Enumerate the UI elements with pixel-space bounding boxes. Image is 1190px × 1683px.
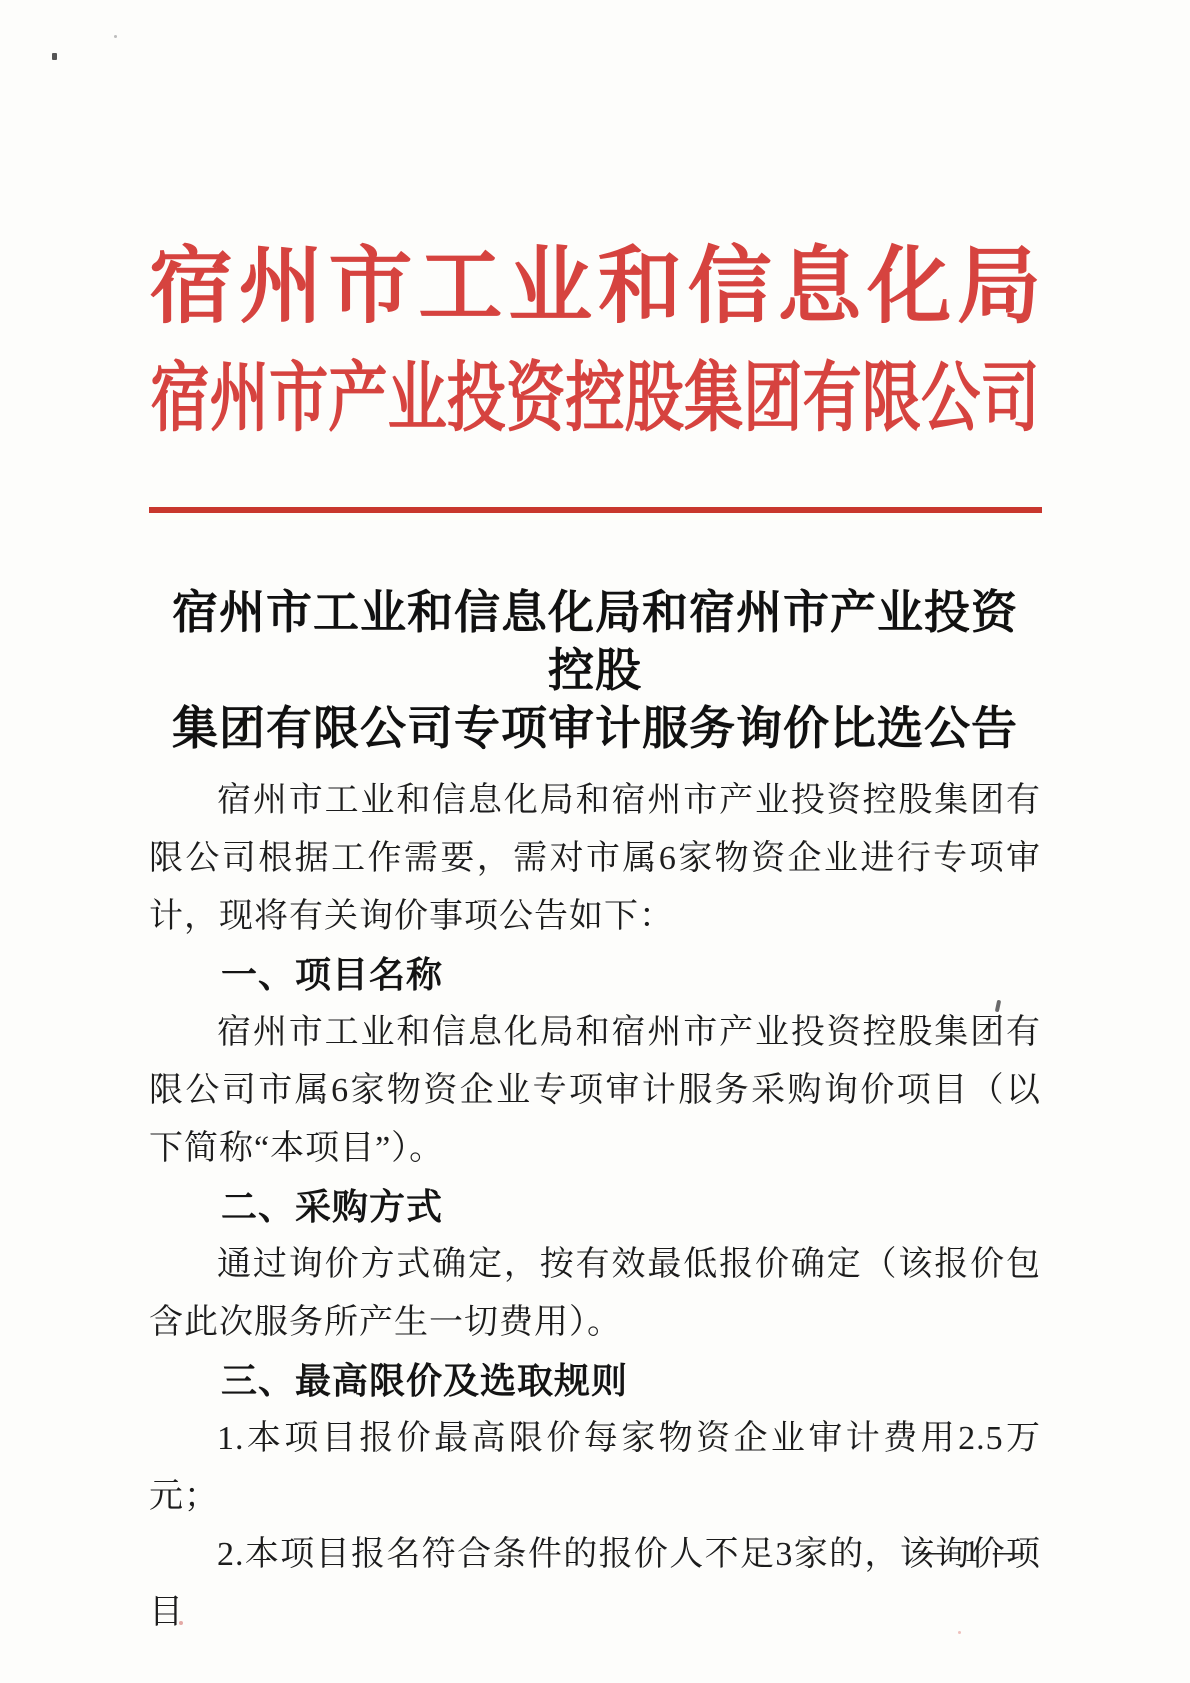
scan-speck [958,1631,961,1634]
document-title: 宿州市工业和信息化局和宿州市产业投资控股 集团有限公司专项审计服务询价比选公告 [149,584,1041,758]
intro-paragraph: 宿州市工业和信息化局和宿州市产业投资控股集团有限公司根据工作需要，需对市属6家物… [149,772,1041,946]
letterhead-org-line-2-wrap: 宿州市产业投资控股集团有限公司 [0,352,1190,447]
section-3-item-1: 1.本项目报价最高限价每家物资企业审计费用2.5万元； [149,1410,1041,1526]
scan-speck [52,53,57,60]
section-2-heading: 二、采购方式 [149,1178,1041,1236]
section-1-paragraph: 宿州市工业和信息化局和宿州市产业投资控股集团有限公司市属6家物资企业专项审计服务… [149,1004,1041,1178]
document-title-line-1: 宿州市工业和信息化局和宿州市产业投资控股 [149,584,1041,700]
scan-speck [179,1621,183,1625]
letterhead-org-line-1: 宿州市工业和信息化局 [149,238,1041,338]
section-3-heading: 三、最高限价及选取规则 [149,1352,1041,1410]
section-1-heading: 一、项目名称 [149,946,1041,1004]
scan-speck [114,35,117,38]
section-2-paragraph: 通过询价方式确定，按有效最低报价确定（该报价包含此次服务所产生一切费用）。 [149,1236,1041,1352]
letterhead-divider [149,507,1042,513]
letterhead-org-line-2: 宿州市产业投资控股集团有限公司 [150,352,1039,447]
document-page: 宿州市工业和信息化局 宿州市产业投资控股集团有限公司 宿州市工业和信息化局和宿州… [0,0,1190,1683]
document-body: 宿州市工业和信息化局和宿州市产业投资控股集团有限公司根据工作需要，需对市属6家物… [149,772,1041,1642]
page-number: — 1 — [919,1533,1027,1569]
section-3-item-2: 2.本项目报名符合条件的报价人不足3家的，该询价项目 [149,1526,1041,1642]
document-title-line-2: 集团有限公司专项审计服务询价比选公告 [149,700,1041,758]
